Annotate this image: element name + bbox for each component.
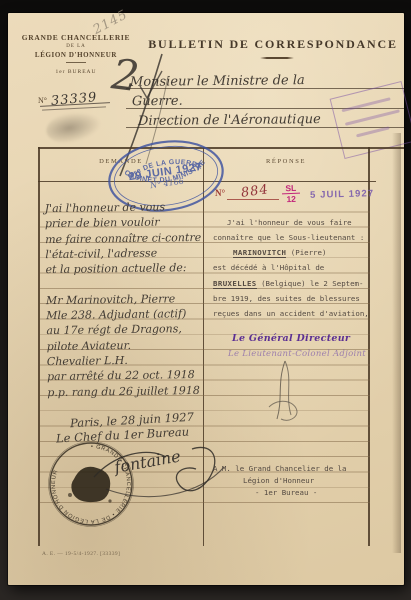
demande-line: Mr Marinovitch, Pierre [46, 290, 204, 308]
code-denominator: 12 [282, 194, 300, 205]
demande-line: me faire connaître ci-contre [45, 229, 203, 247]
corner-stamp-text-bar [341, 97, 390, 112]
demande-line: p.p. rang du 26 juillet 1918 [47, 382, 205, 400]
paper-fold-shadow [392, 133, 401, 553]
document-paper: 2145 GRANDE CHANCELLERIE DE LA LÉGION D'… [8, 13, 404, 585]
scribble-stroke [285, 361, 291, 415]
demande-line [46, 275, 204, 293]
scribble-stroke [277, 361, 285, 419]
signature-flourish-2 [176, 447, 214, 490]
reponse-line: connaître que le Sous-lieutenant : [213, 230, 369, 245]
agency-name-line1: GRANDE CHANCELLERIE [20, 33, 132, 42]
reponse-surname: MARINOVITCH [233, 248, 286, 258]
scribble-stroke [269, 401, 297, 420]
demande-line: prier de bien vouloir [45, 214, 203, 232]
reponse-city-rest: (Belgique) le 2 Septem- [257, 279, 364, 288]
photo-backdrop: 2145 GRANDE CHANCELLERIE DE LA LÉGION D'… [0, 0, 411, 600]
document-number-label: N° [38, 96, 47, 105]
big-ink-numeral: 2 [108, 49, 141, 101]
reponse-line: BRUXELLES (Belgique) le 2 Septem- [213, 276, 369, 291]
demande-line: par arrêté du 22 oct. 1918 [47, 367, 205, 385]
reponse-signature-scribble [253, 355, 317, 433]
page-title: BULLETIN DE CORRESPONDANCE [142, 37, 404, 52]
reponse-line: est décédé à l'Hôpital de [213, 260, 369, 275]
demande-line: l'état-civil, l'adresse [45, 244, 203, 262]
letterhead-divider [66, 62, 86, 63]
demande-line: au 17e régt de Dragons, [46, 321, 204, 339]
demande-line: Chevalier L.H. [47, 351, 205, 369]
code-numerator: SL [282, 183, 300, 195]
printer-imprint: A. E. — 19-5/4-1927. [33339] [42, 551, 120, 557]
corner-stamp-text-bar [345, 109, 400, 125]
demande-line: pilote Aviateur. [47, 336, 205, 354]
demande-line: Mle 238. Adjudant (actif) [46, 305, 204, 323]
reponse-line: MARINOVITCH (Pierre) [213, 245, 369, 260]
reponse-line: J'ai l'honneur de vous faire [213, 215, 369, 230]
reponse-line: reçues dans un accident d'aviation, [213, 306, 369, 321]
reponse-text-block: J'ai l'honneur de vous faire connaître q… [213, 215, 369, 322]
title-ornament [260, 57, 294, 59]
reponse-address-line: Légion d'Honneur [213, 475, 371, 487]
reponse-city: BRUXELLES [213, 279, 257, 289]
reception-date-stamp: 5 JUIL 1927 [310, 188, 374, 201]
reponse-address-block: A M. le Grand Chancelier de la Légion d'… [213, 463, 371, 500]
general-director-stamp: Le Général Directeur [232, 333, 350, 344]
reponse-line: bre 1919, des suites de blessures [213, 291, 369, 306]
reponse-surname-rest: (Pierre) [286, 248, 326, 257]
reponse-address-line: - 1er Bureau - [213, 487, 371, 499]
classification-code-stamp: SL 12 [282, 183, 301, 205]
demande-line: et la position actuelle de: [45, 260, 203, 278]
signature-name: fontaine [112, 446, 182, 476]
ink-stroke-check [140, 71, 162, 98]
round-stamp-speckle [68, 493, 72, 497]
corner-stamp-text-bar [356, 126, 390, 137]
ink-smudge [44, 106, 107, 148]
demande-line: J'ai l'honneur de vous [45, 198, 203, 216]
reponse-column-header: RÉPONSE [205, 158, 367, 165]
demande-text-block: J'ai l'honneur de vous prier de bien vou… [45, 198, 206, 399]
reponse-address-line: A M. le Grand Chancelier de la [213, 463, 371, 475]
